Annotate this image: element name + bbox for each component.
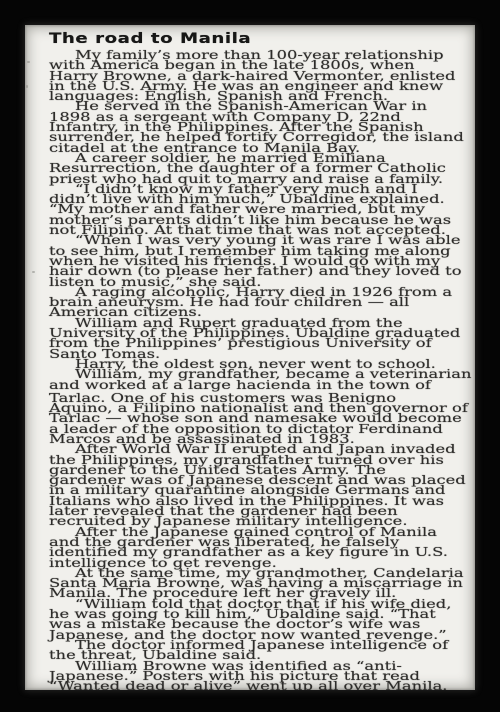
article-body: My family’s more than 100-year relations… <box>25 50 475 690</box>
scan-background: The road to Manila My family’s more than… <box>0 0 500 712</box>
text-line: “Wanted dead or alive” went up all over … <box>49 681 475 690</box>
article-title: The road to Manila <box>49 32 475 46</box>
document-page: The road to Manila My family’s more than… <box>25 25 475 690</box>
text-line: and worked at a large hacienda in the to… <box>49 380 475 390</box>
